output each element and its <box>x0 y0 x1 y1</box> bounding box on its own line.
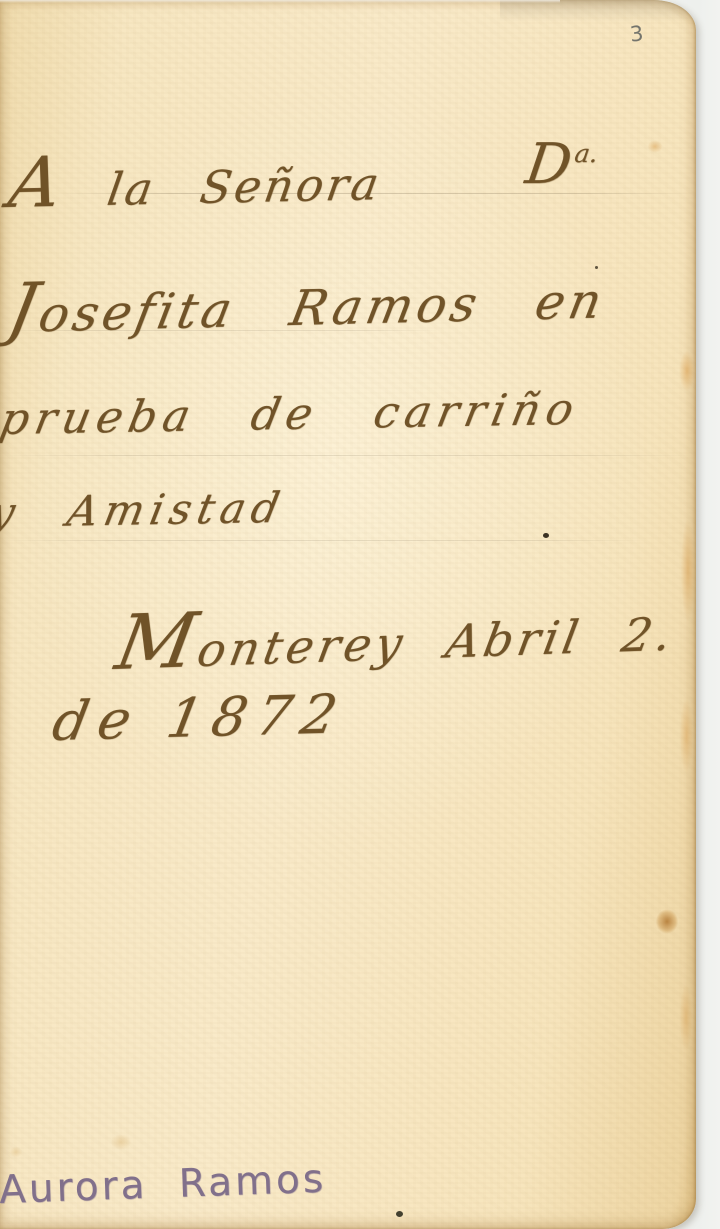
affection-line: prueba de carriño <box>0 386 583 444</box>
friendship-line: y Amistad <box>0 485 289 536</box>
dona-abbreviation: Da. <box>522 134 599 196</box>
page-number: 3 <box>629 21 645 46</box>
ruled-guideline <box>0 455 695 456</box>
dona-letter: D <box>522 132 576 197</box>
torn-corner-shading <box>500 0 696 22</box>
manuscript-page: 3 A la Señora Da. Josefita Ramos en prue… <box>0 0 696 1229</box>
year-line: de 1872 <box>48 684 352 751</box>
scan-background: 3 A la Señora Da. Josefita Ramos en prue… <box>0 0 720 1229</box>
ink-speck <box>396 1211 403 1217</box>
ruled-guideline <box>0 540 648 541</box>
dona-superscript: a. <box>573 139 600 168</box>
ink-speck <box>543 533 549 538</box>
salutation-line: A la Señora <box>4 138 388 222</box>
paper-top-edge-highlight <box>0 0 560 3</box>
recipient-name-line: Josefita Ramos en <box>2 258 613 348</box>
